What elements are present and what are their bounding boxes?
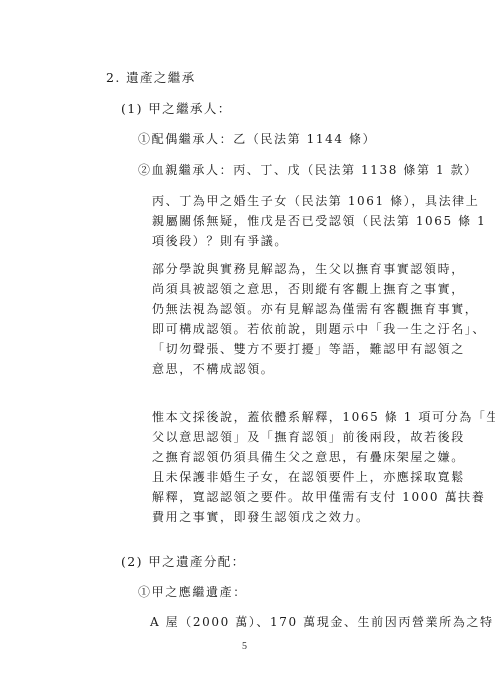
- section-heading: 2. 遺產之繼承: [106, 70, 196, 86]
- paragraph-line: 費用之事實，即發生認領戊之效力。: [152, 509, 370, 525]
- paragraph-line: 即可構成認領。若依前說，則題示中「我一生之汙名」、: [152, 321, 486, 337]
- list-item-spouse-heir: ①配偶繼承人：乙（民法第 1144 條）: [138, 131, 376, 147]
- paragraph-line: 親屬關係無疑，惟戊是否已受認領（民法第 1065 條 1: [152, 213, 486, 229]
- list-item-estate: ①甲之應繼遺產：: [138, 584, 247, 600]
- paragraph-line: 部分學說與實務見解認為，生父以撫育事實認領時，: [152, 261, 465, 277]
- subsection-title-distribution: (2) 甲之遺產分配：: [121, 554, 246, 570]
- document-page: 2. 遺產之繼承 (1) 甲之繼承人： ①配偶繼承人：乙（民法第 1144 條）…: [0, 0, 495, 700]
- page-number: 5: [242, 641, 247, 652]
- paragraph-line: 尚須具被認領之意思，否則縱有客觀上撫育之事實，: [152, 281, 465, 297]
- paragraph-line: 之撫育認領仍須具備生父之意思，有疊床架屋之嫌。: [152, 449, 465, 465]
- paragraph-line: 項後段）？則有爭議。: [152, 233, 288, 249]
- paragraph-line: 意思，不構成認領。: [152, 361, 274, 377]
- paragraph-line: 惟本文採後說，蓋依體系解釋，1065 條 1 項可分為「生: [152, 409, 495, 425]
- paragraph-line: A 屋（2000 萬）、170 萬現金、生前因丙營業所為之特: [150, 614, 494, 630]
- subsection-title-heirs: (1) 甲之繼承人：: [121, 101, 232, 117]
- list-item-blood-heirs: ②血親繼承人：丙、丁、戊（民法第 1138 條第 1 款）: [138, 162, 478, 178]
- paragraph-line: 且未保護非婚生子女，在認領要件上，亦應採取寬鬆: [152, 469, 465, 485]
- paragraph-line: 丙、丁為甲之婚生子女（民法第 1061 條），具法律上: [152, 193, 479, 209]
- paragraph-line: 解釋，寬認認領之要件。故甲僅需有支付 1000 萬扶養: [152, 489, 485, 505]
- paragraph-line: 父以意思認領」及「撫育認領」前後兩段，故若後段: [152, 429, 465, 445]
- paragraph-line: 仍無法視為認領。亦有見解認為僅需有客觀撫育事實，: [152, 301, 478, 317]
- paragraph-line: 「切勿聲張、雙方不要打擾」等語，難認甲有認領之: [152, 341, 465, 357]
